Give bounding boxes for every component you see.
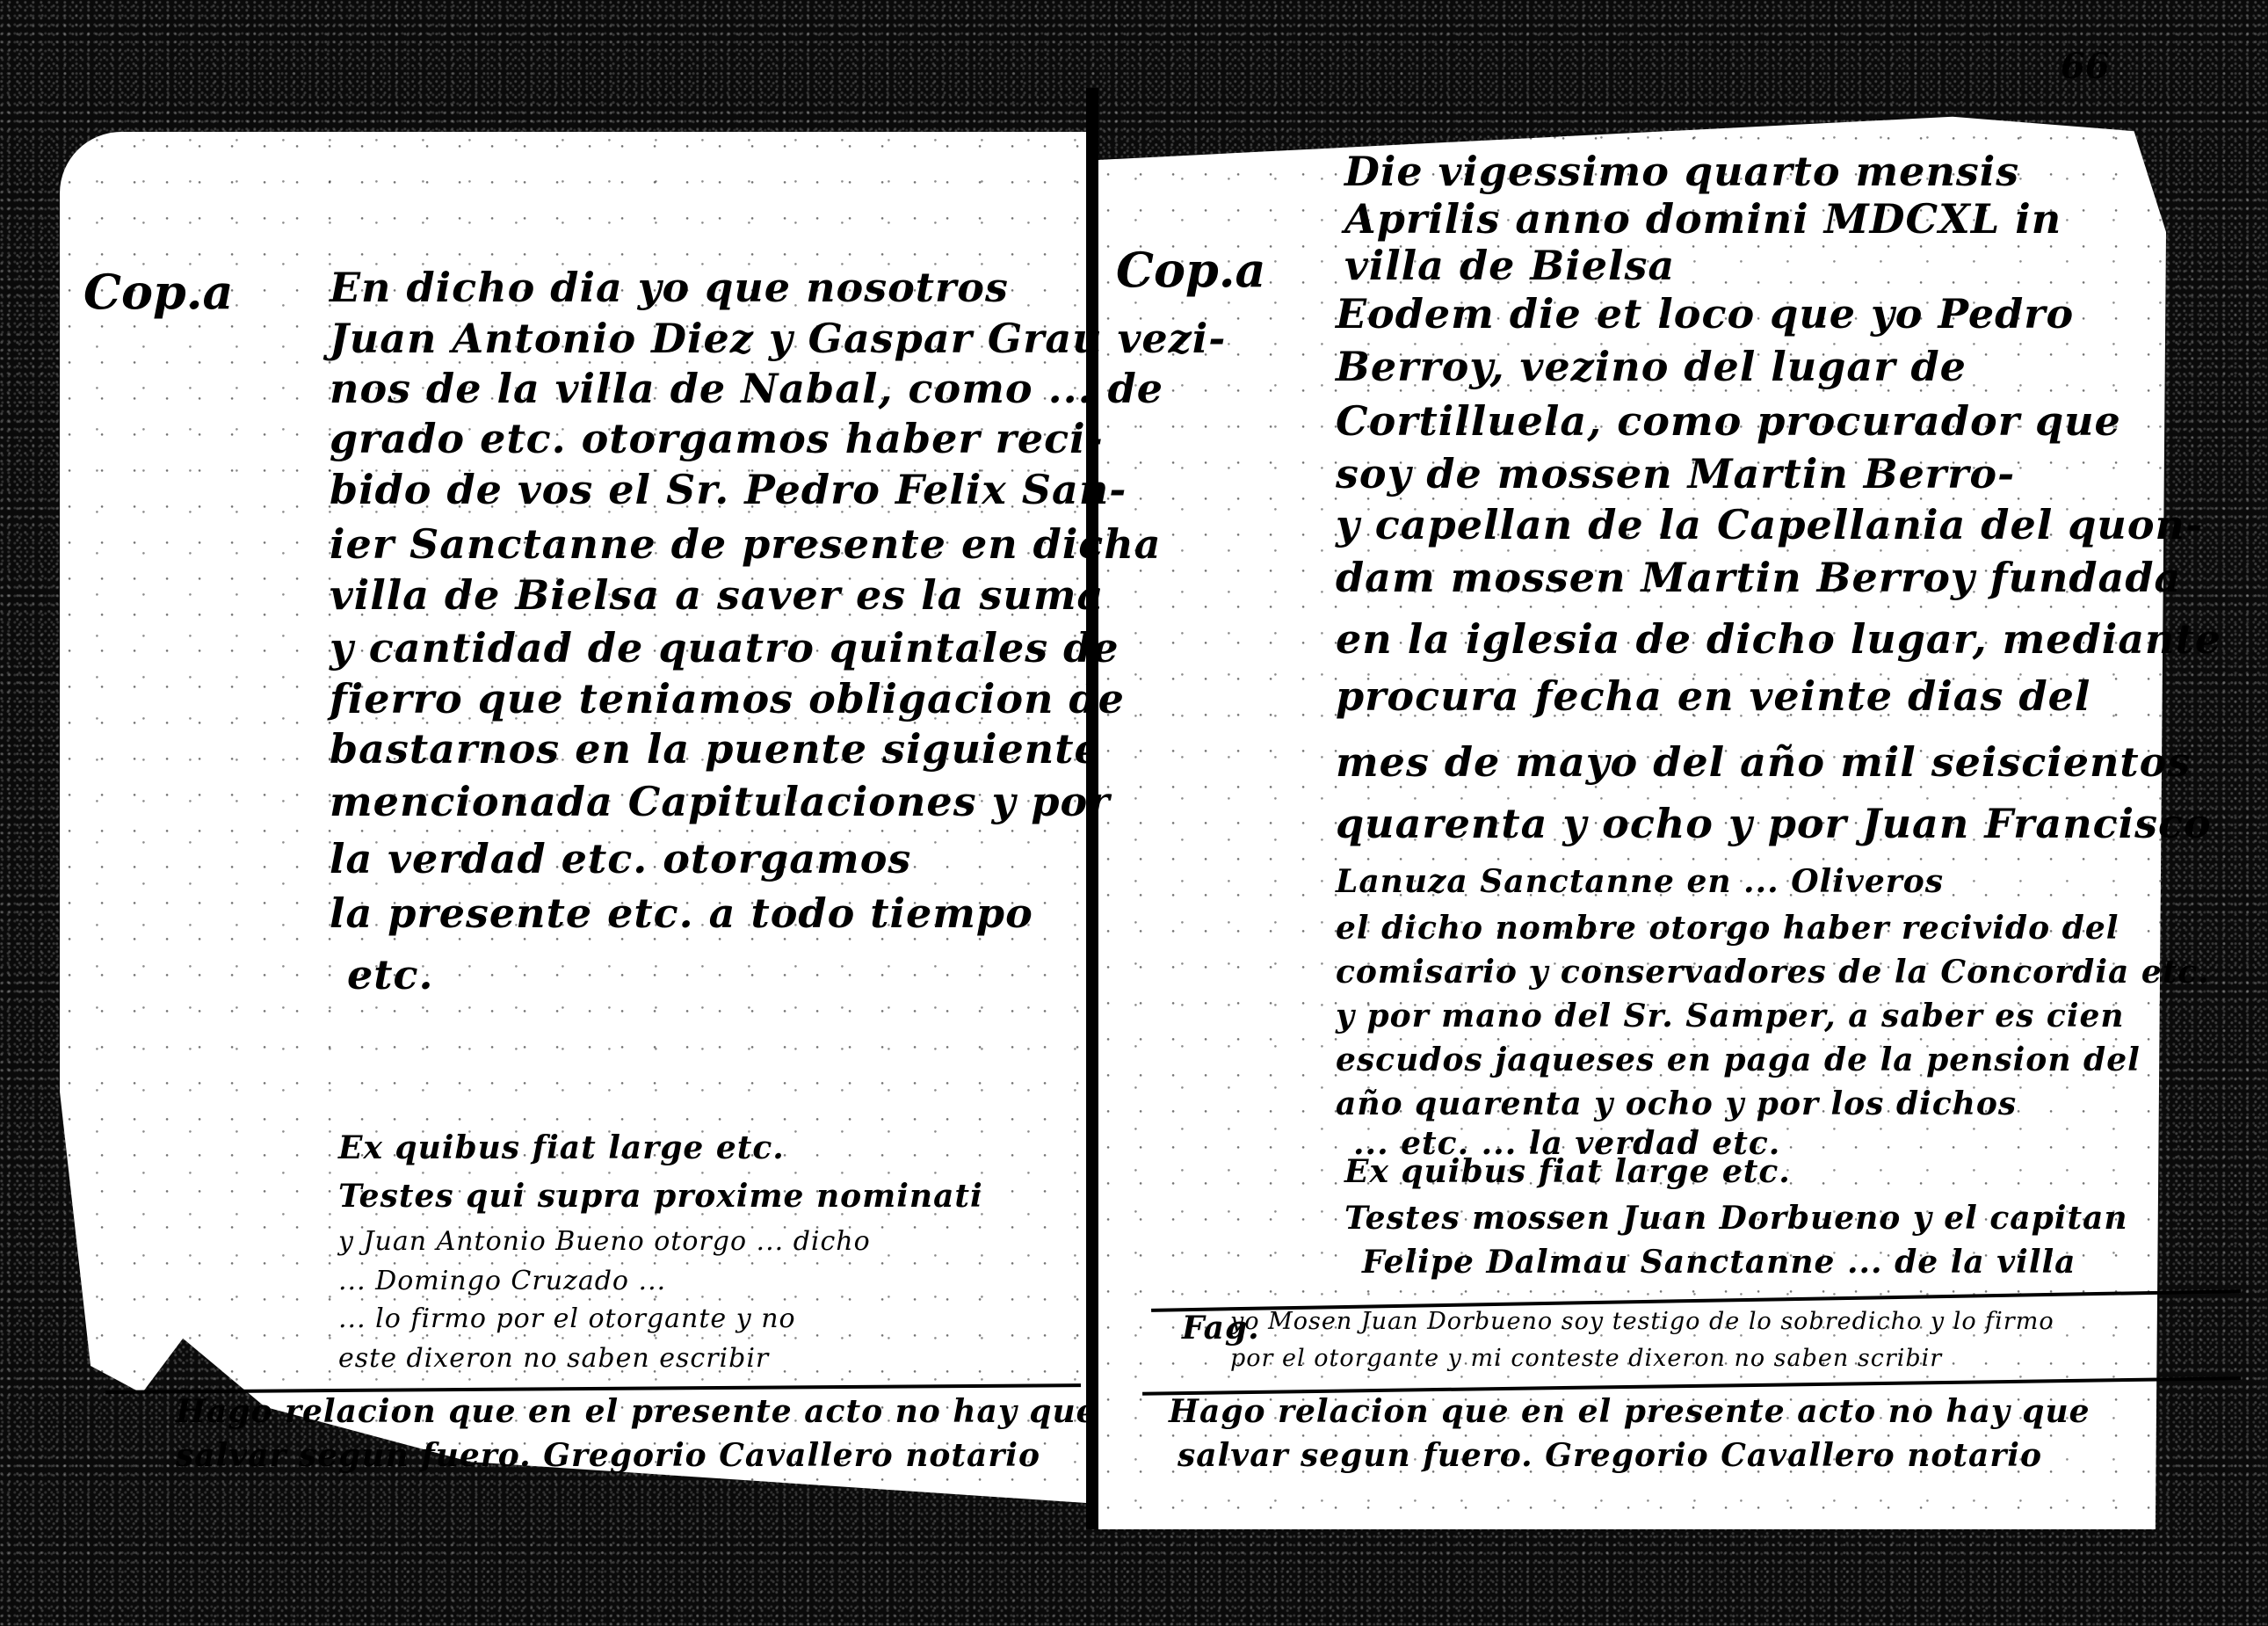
left-line: mencionada Capitulaciones y por: [330, 778, 1110, 825]
witness-line: Ex quibus fiat large etc.: [338, 1129, 785, 1166]
right-line: Lanuza Sanctanne en ... Oliveros: [1336, 863, 1944, 900]
right-line: Eodem die et loco que yo Pedro: [1336, 290, 2074, 338]
witness-line: y Juan Antonio Bueno otorgo ... dicho: [338, 1226, 871, 1257]
left-line: ier Sanctanne de presente en dicha: [330, 520, 1162, 568]
right-line: Berroy, vezino del lugar de: [1336, 343, 1967, 390]
right-line: año quarenta y ocho y por los dichos: [1336, 1085, 2017, 1122]
left-line: fierro que teniamos obligacion de: [330, 675, 1125, 722]
witness-line: este dixeron no saben escribir: [338, 1343, 769, 1374]
right-line: Felipe Dalmau Sanctanne ... de la villa: [1362, 1244, 2076, 1281]
footer-line: salvar segun fuero. Gregorio Cavallero n…: [1177, 1437, 2042, 1474]
right-line: soy de mossen Martin Berro-: [1336, 450, 2015, 497]
right-line: Die vigessimo quarto mensis: [1344, 148, 2019, 195]
right-line: villa de Bielsa: [1344, 242, 1675, 289]
signature-line: yo Mosen Juan Dorbueno soy testigo de lo…: [1230, 1308, 2054, 1335]
left-line: la presente etc. a todo tiempo: [330, 889, 1033, 937]
left-line: bastarnos en la puente siguiente: [330, 725, 1101, 773]
right-line: comisario y conservadores de la Concordi…: [1336, 954, 2210, 991]
signature-line: por el otorgante y mi conteste dixeron n…: [1230, 1345, 1942, 1372]
right-line: escudos jaqueses en paga de la pension d…: [1336, 1042, 2141, 1078]
left-line: grado etc. otorgamos haber reci-: [330, 415, 1104, 462]
witness-line: ... Domingo Cruzado ...: [338, 1266, 666, 1296]
footer-line: Hago relacion que en el presente acto no…: [1169, 1393, 2090, 1430]
footer-line: Hago relacion que en el presente acto no…: [176, 1393, 1098, 1430]
right-line: quarenta y ocho y por Juan Francisco: [1336, 800, 2212, 847]
right-line: Testes mossen Juan Dorbueno y el capitan: [1344, 1200, 2128, 1237]
right-line: Ex quibus fiat large etc.: [1344, 1153, 1791, 1190]
left-line: nos de la villa de Nabal, como ... de: [330, 365, 1163, 412]
right-line: procura fecha en veinte dias del: [1336, 672, 2090, 720]
left-line: En dicho dia yo que nosotros: [330, 264, 1009, 311]
left-line: y cantidad de quatro quintales de: [330, 624, 1120, 671]
left-line: Juan Antonio Diez y Gaspar Grau vezi-: [330, 315, 1226, 362]
right-line: y capellan de la Capellania del quon-: [1336, 501, 2203, 548]
right-line: dam mossen Martin Berroy fundada: [1336, 554, 2181, 601]
left-line: etc.: [347, 951, 434, 998]
left-line: bido de vos el Sr. Pedro Felix San-: [330, 466, 1127, 513]
witness-line: ... lo firmo por el otorgante y no: [338, 1303, 796, 1334]
right-margin-note: Cop.a: [1116, 242, 1266, 298]
left-line: la verdad etc. otorgamos: [330, 835, 911, 882]
right-line: Aprilis anno domini MDCXL in: [1344, 195, 2061, 243]
right-line: mes de mayo del año mil seiscientos: [1336, 738, 2191, 786]
witness-line: Testes qui supra proxime nominati: [338, 1178, 983, 1215]
left-margin-note: Cop.a: [83, 264, 234, 320]
page-number: 66: [2061, 46, 2110, 87]
footer-line: salvar segun fuero. Gregorio Cavallero n…: [176, 1437, 1040, 1474]
right-line: y por mano del Sr. Samper, a saber es ci…: [1336, 998, 2125, 1034]
right-line: Cortilluela, como procurador que: [1336, 397, 2121, 445]
left-line: villa de Bielsa a saver es la suma: [330, 571, 1104, 619]
right-line: en la iglesia de dicho lugar, mediante: [1336, 615, 2221, 663]
right-line: el dicho nombre otorgo haber recivido de…: [1336, 910, 2119, 947]
